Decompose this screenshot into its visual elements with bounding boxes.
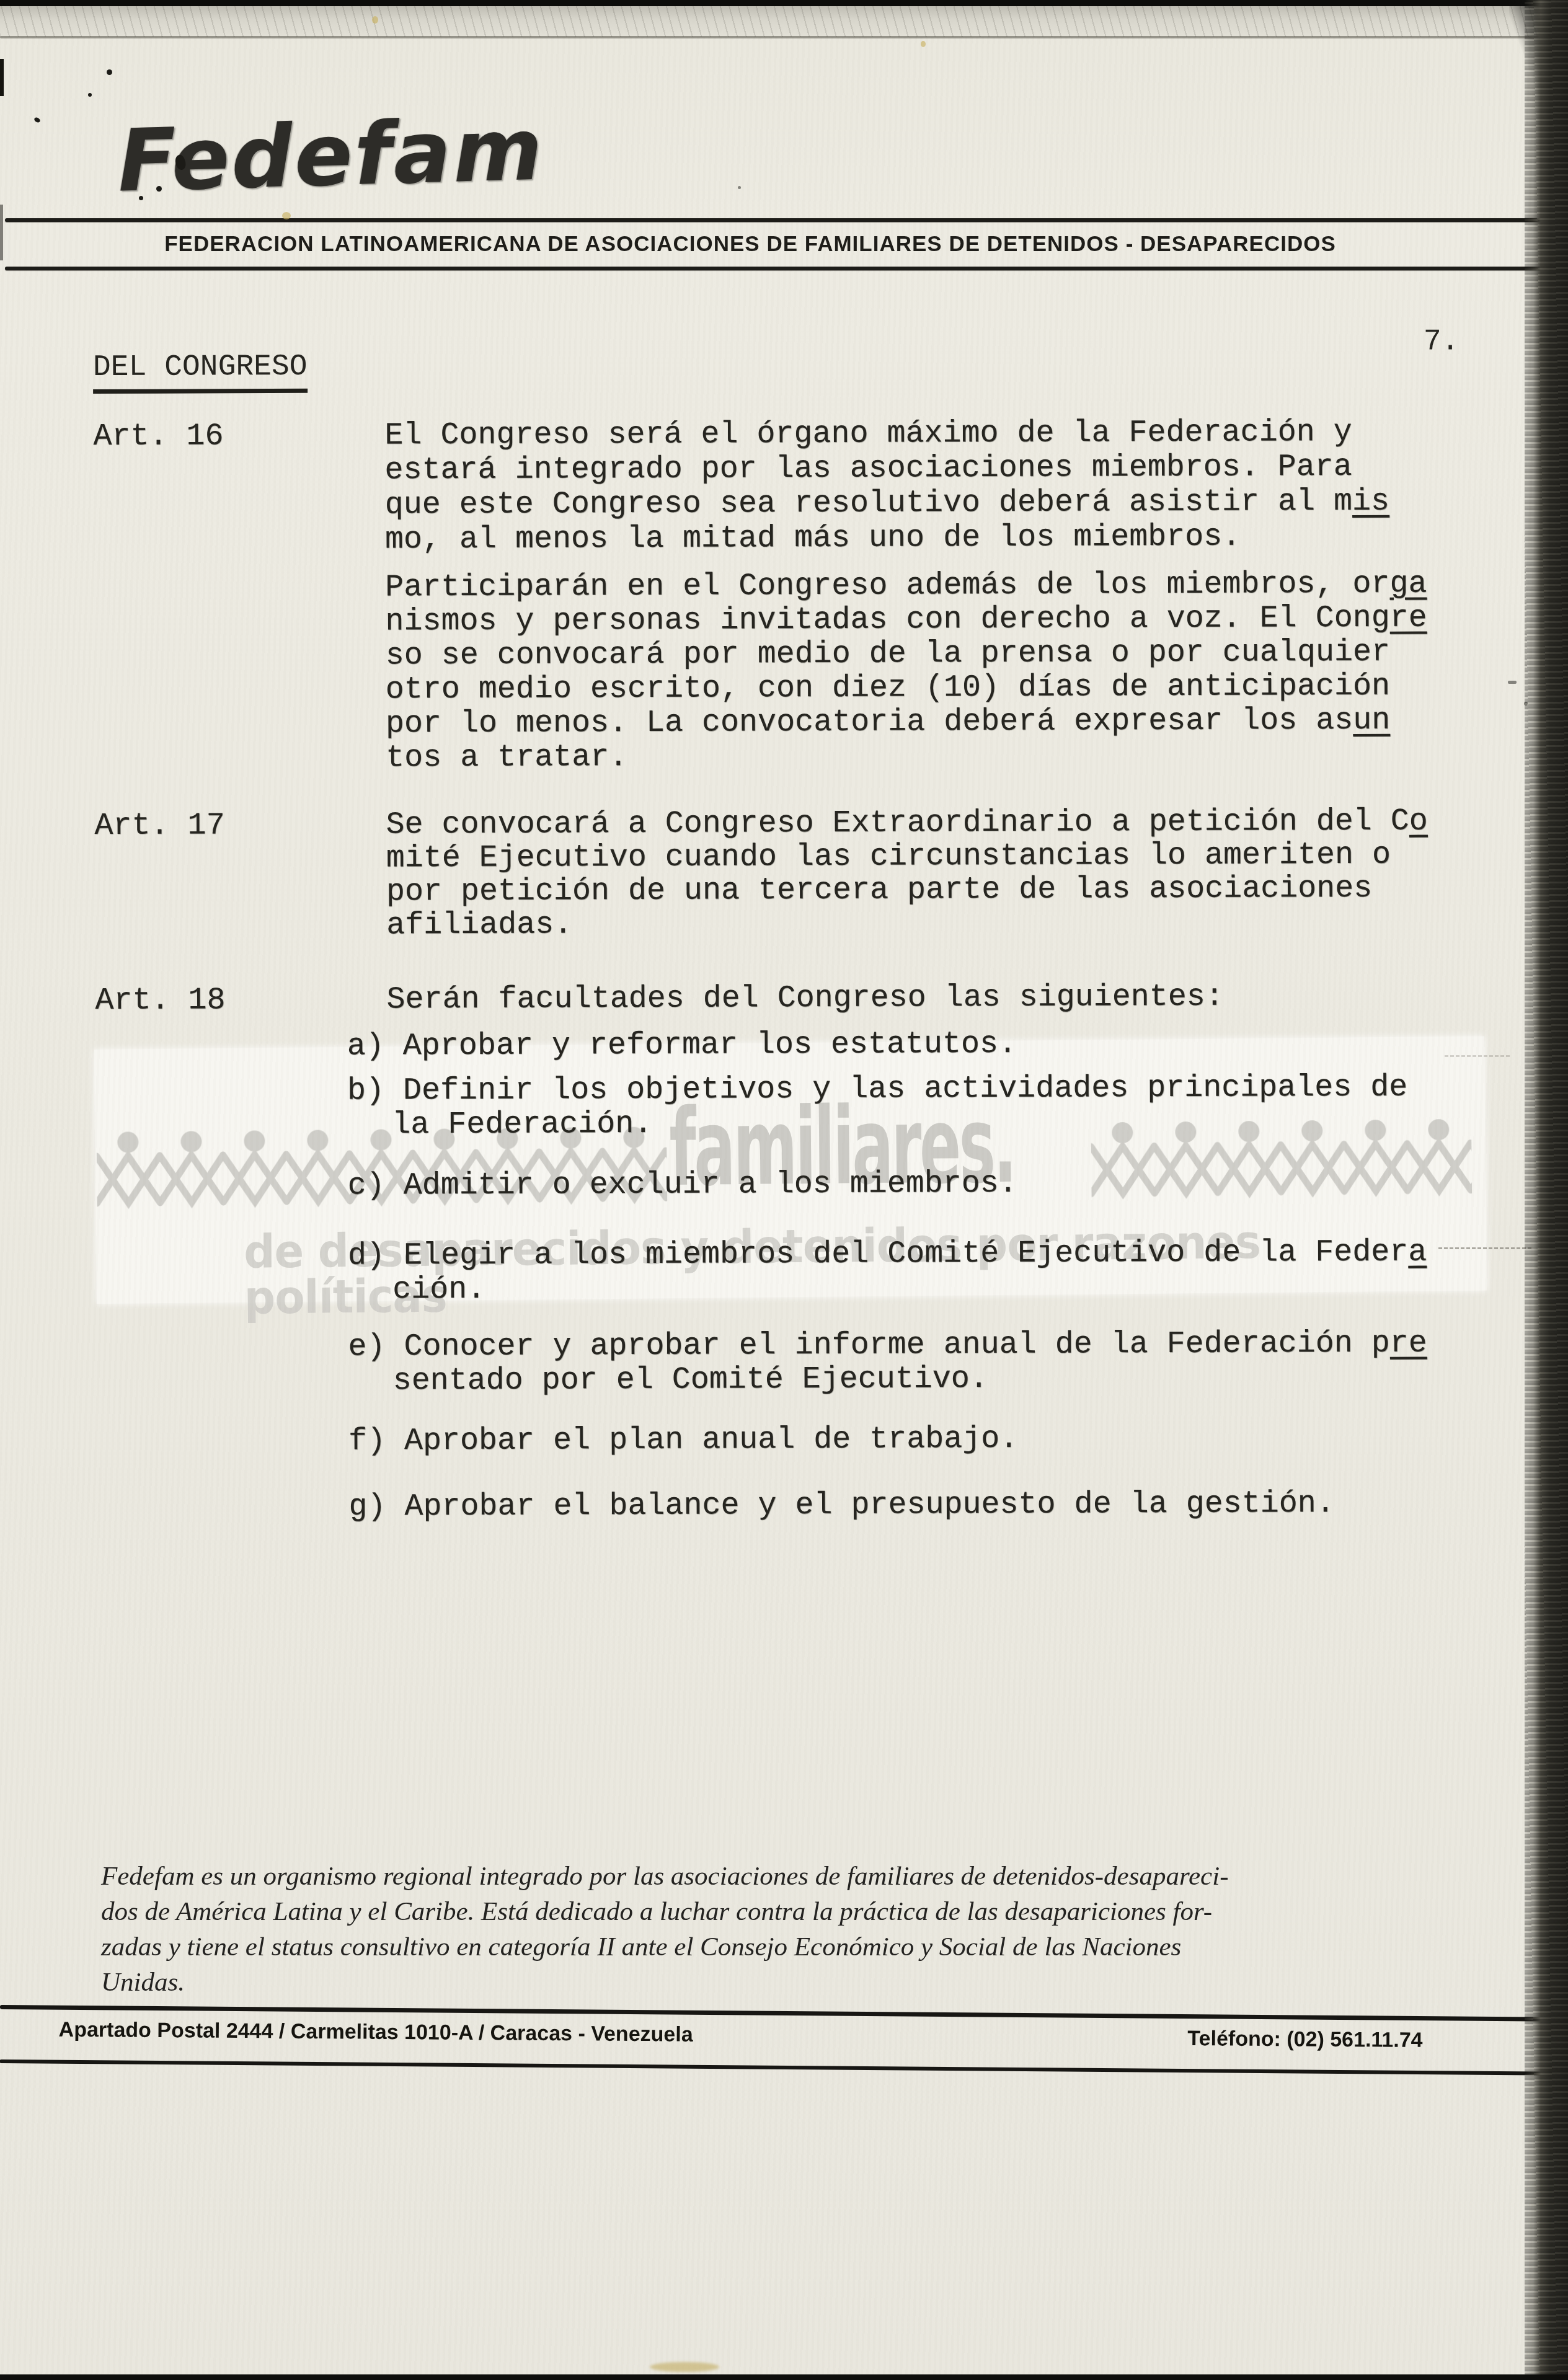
paper-fleck xyxy=(372,16,378,24)
phone-number: Teléfono: (02) 561.11.74 xyxy=(1187,2027,1422,2053)
stain xyxy=(650,2362,719,2372)
typed-line: ción. xyxy=(392,1275,485,1306)
typed-line: b) Definir los objetivos y las actividad… xyxy=(347,1073,1407,1107)
paper-fleck xyxy=(282,212,291,219)
typed-line: so se convocará por medio de la prensa o… xyxy=(386,637,1390,672)
header-rule-bottom xyxy=(5,267,1546,270)
footer-about-line: zadas y tiene el status consultivo en ca… xyxy=(101,1934,1181,1960)
typed-line: g) Aprobar el balance y el presupuesto d… xyxy=(348,1489,1334,1523)
typed-line: f) Aprobar el plan anual de trabajo. xyxy=(348,1424,1018,1458)
typed-line: Participarán en el Congreso además de lo… xyxy=(385,569,1427,604)
typed-line: tos a tratar. xyxy=(386,742,627,774)
typed-line: por petición de una tercera parte de las… xyxy=(386,874,1372,908)
typed-line: nismos y personas invitadas con derecho … xyxy=(385,603,1427,638)
ink-speck xyxy=(738,186,741,189)
typed-line: c) Admitir o excluir a los miembros. xyxy=(348,1169,1017,1202)
typed-line: mité Ejecutivo cuando las circunstancias… xyxy=(386,840,1391,875)
typed-line: a) Aprobar y reformar los estatutos. xyxy=(347,1029,1017,1063)
scan-edge-mark xyxy=(0,205,3,260)
organization-name: FEDERACION LATINOAMERICANA DE ASOCIACION… xyxy=(0,232,1500,257)
scan-edge-bottom xyxy=(0,2374,1568,2380)
scan-edge-mark xyxy=(0,59,4,96)
page-number: 7. xyxy=(1424,325,1459,358)
postal-address: Apartado Postal 2444 / Carmelitas 1010-A… xyxy=(59,2018,693,2047)
typed-line: Se convocará a Congreso Extraordinario a… xyxy=(386,807,1427,841)
ink-speck xyxy=(88,93,92,97)
typed-line: El Congreso será el órgano máximo de la … xyxy=(384,417,1352,451)
typed-line: sentado por el Comité Ejecutivo. xyxy=(393,1364,988,1397)
scan-smudge-top xyxy=(0,5,1568,37)
scan-edge-right xyxy=(1525,0,1568,2380)
typed-line: por lo menos. La convocatoria deberá exp… xyxy=(386,706,1390,740)
typed-line: Art. 16 xyxy=(93,421,223,453)
typed-line: la Federación. xyxy=(392,1109,652,1141)
ink-speck xyxy=(156,186,162,192)
scanned-document-page: familiares. de desaparecidos y detenidos… xyxy=(0,0,1568,2380)
scan-line-top xyxy=(0,36,1568,38)
typed-line: estará integrado por las asociaciones mi… xyxy=(384,452,1352,486)
typed-line: e) Conocer y aprobar el informe anual de… xyxy=(348,1329,1427,1363)
typed-line: d) Elegir a los miembros del Comité Ejec… xyxy=(348,1237,1427,1272)
scan-edge-top xyxy=(0,0,1568,6)
paper-fleck xyxy=(921,41,926,47)
typed-line: afiliadas. xyxy=(386,909,572,941)
footer-about-line: Fedefam es un organismo regional integra… xyxy=(101,1863,1228,1890)
pencil-mark xyxy=(1508,681,1517,684)
typed-line: mo, al menos la mitad más uno de los mie… xyxy=(385,522,1241,556)
typed-line: Serán facultades del Congreso las siguie… xyxy=(386,982,1223,1016)
ink-speck xyxy=(107,69,112,75)
footer-about-line: Unidas. xyxy=(101,1969,185,1996)
section-title: DEL CONGRESO xyxy=(93,350,308,394)
typed-line: otro medio escrito, con diez (10) días d… xyxy=(386,671,1390,706)
footer-about-line: dos de América Latina y el Caribe. Está … xyxy=(101,1898,1212,1925)
typed-line: Art. 17 xyxy=(94,810,224,842)
ink-speck xyxy=(139,196,143,200)
header-rule-top xyxy=(5,218,1546,222)
typed-line: Art. 18 xyxy=(95,985,225,1017)
typed-line: que este Congreso sea resolutivo deberá … xyxy=(385,487,1389,521)
